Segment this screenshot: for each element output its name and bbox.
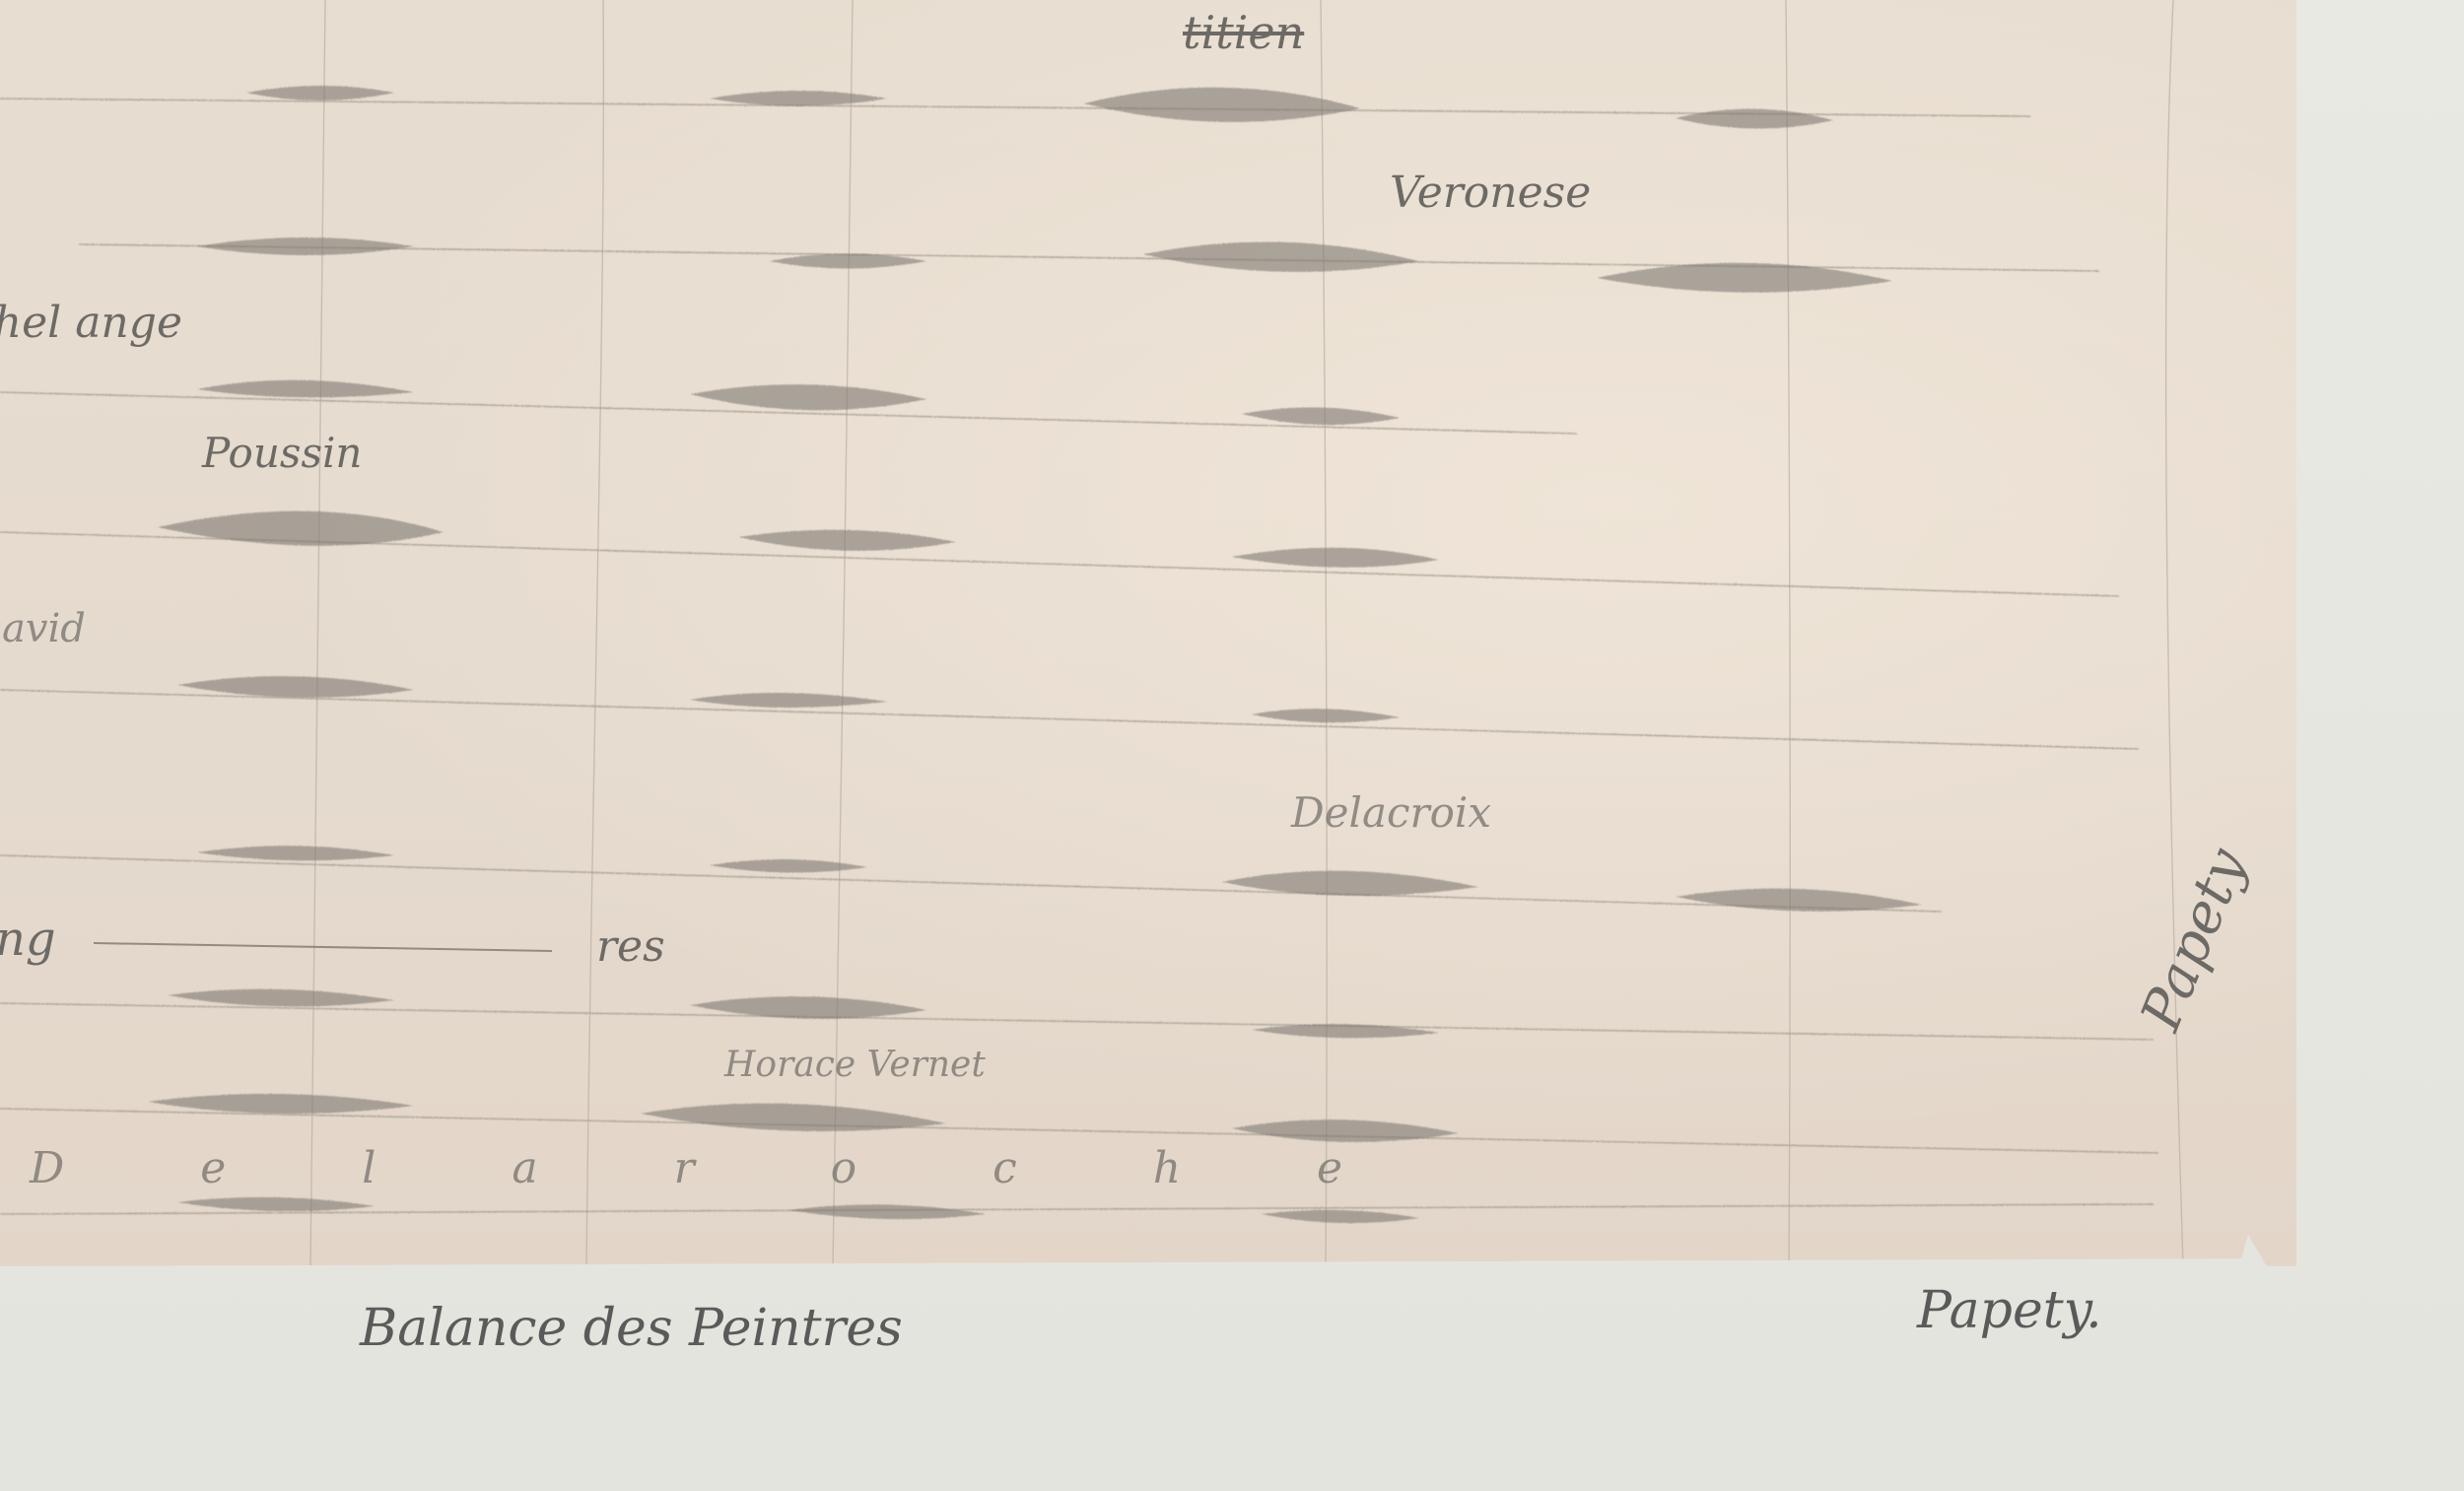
label-david: David [0,606,86,651]
label-ingres-right: res [596,921,665,972]
drawing-sheet: titien Veronese Michel ange Poussin Davi… [0,0,2296,1266]
label-poussin: Poussin [202,429,362,477]
label-delacroix: Delacroix [1291,788,1491,837]
mount-caption-artist: Papety. [1917,1281,2102,1340]
mount-caption-title: Balance des Peintres [360,1299,903,1358]
label-delaroche: D e l a r o c h e [30,1143,1403,1193]
label-ingres-left: ng [0,912,56,967]
label-michel-ange: Michel ange [0,298,182,348]
label-titien: titien [1183,6,1304,59]
graphite-lines [0,0,2296,1266]
label-horace-vernet: Horace Vernet [724,1045,986,1085]
label-veronese: Veronese [1390,168,1591,218]
